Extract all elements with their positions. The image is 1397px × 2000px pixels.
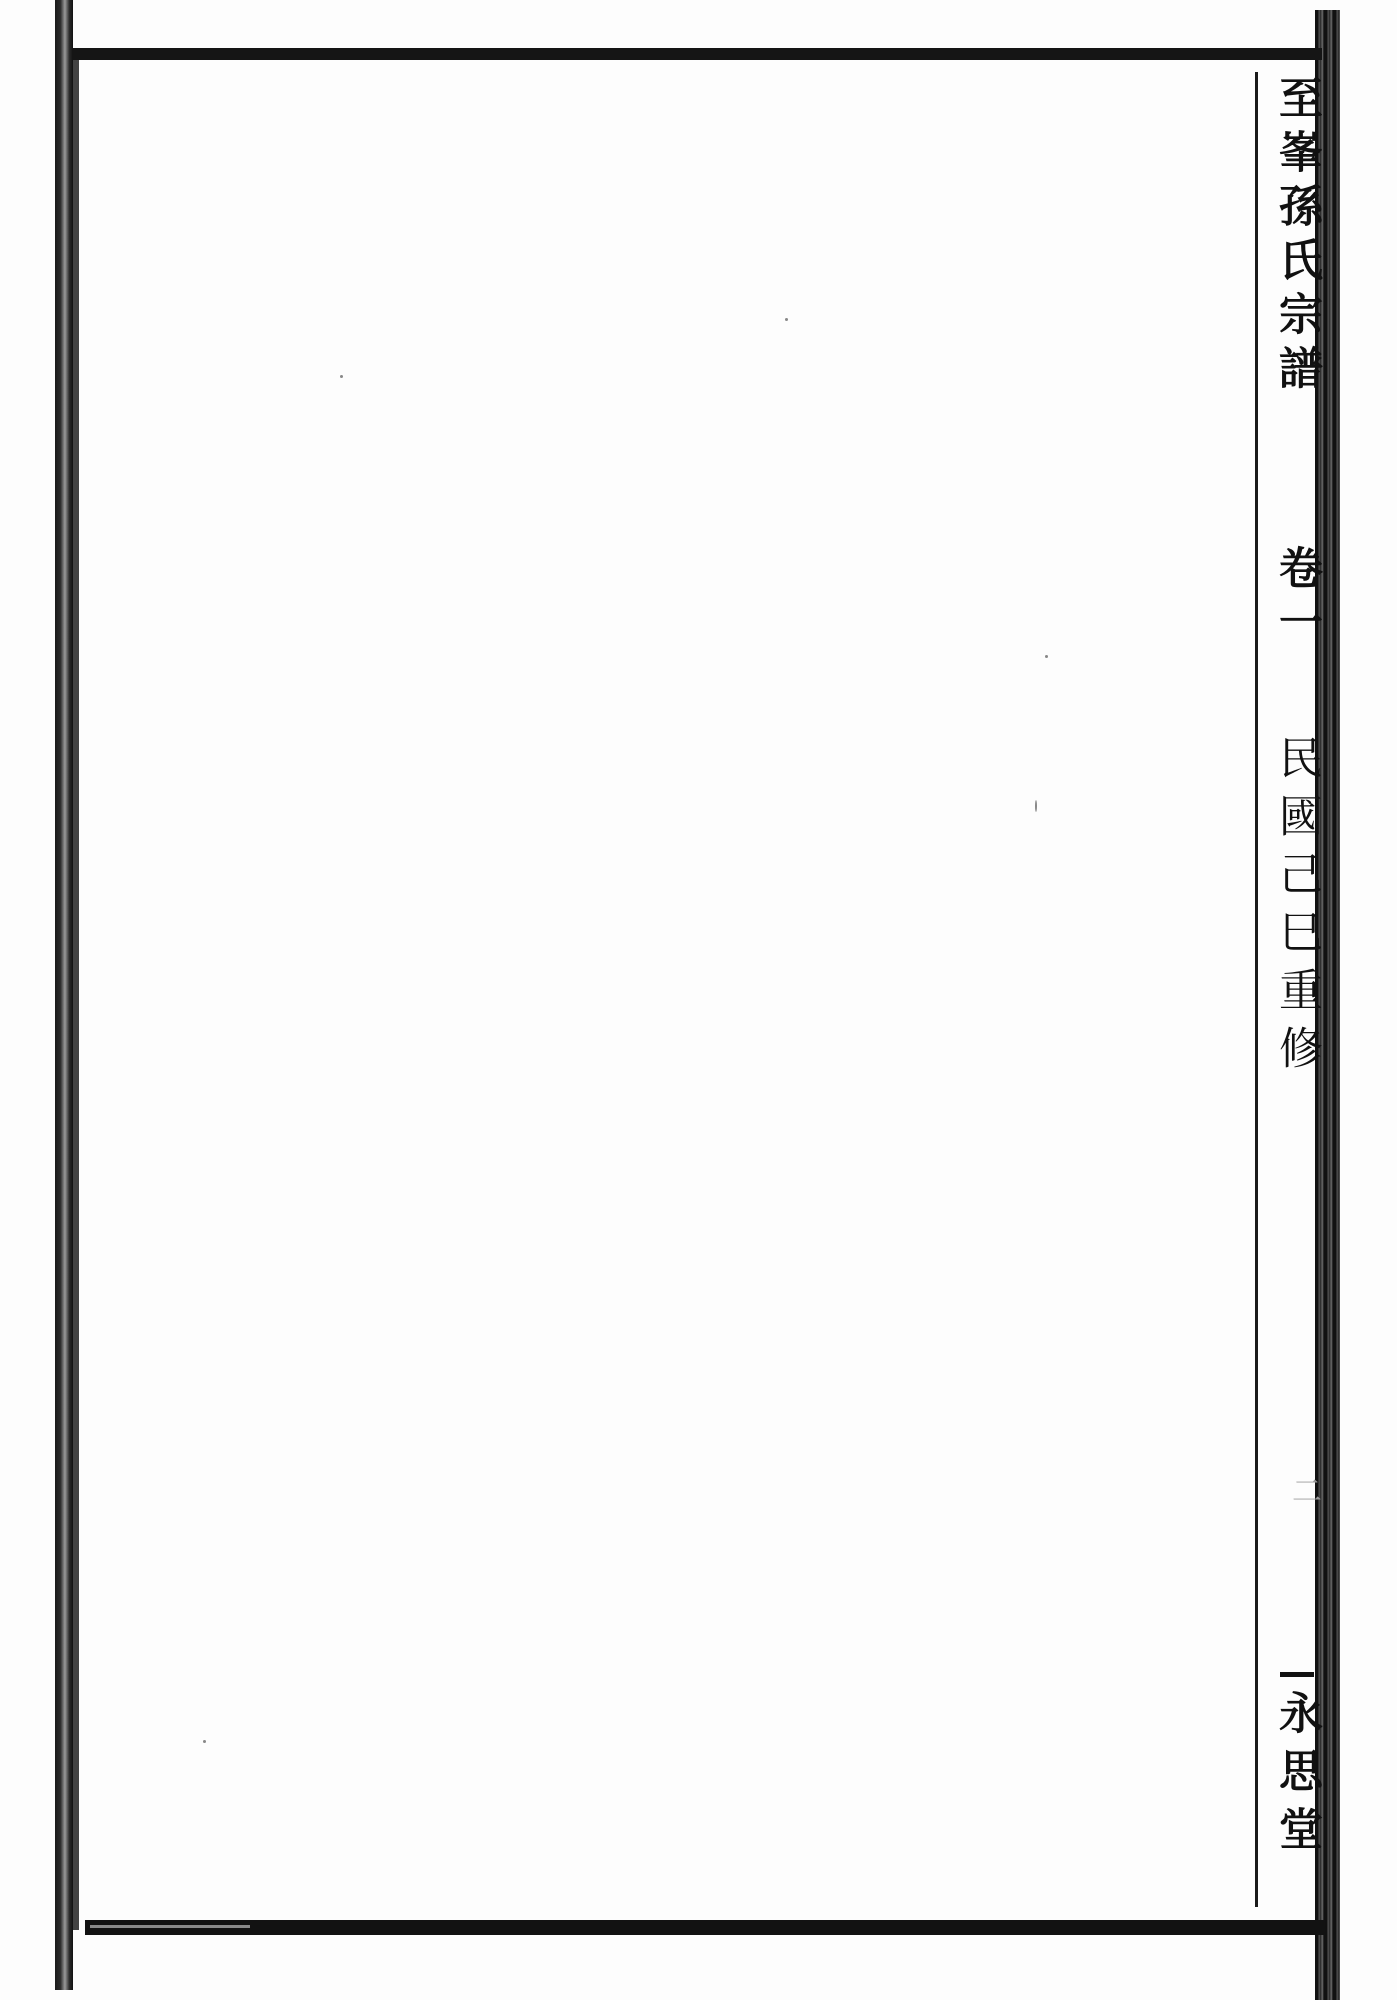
top-border <box>72 48 1322 60</box>
volume-label: 卷一 <box>1268 545 1318 653</box>
paper-speck <box>340 375 343 378</box>
bottom-border-wear <box>90 1925 250 1928</box>
margin-column-divider <box>1255 72 1258 1907</box>
hall-name: 永思堂 <box>1268 1690 1318 1864</box>
bottom-border <box>85 1920 1325 1935</box>
paper-speck <box>1035 800 1037 812</box>
paper-speck <box>203 1740 206 1743</box>
paper-speck <box>785 318 788 321</box>
page-number: 二 <box>1268 1475 1318 1515</box>
scanned-page: 至峯孫氏宗譜 卷一 民國己巳重修 二 永思堂 <box>0 0 1397 2000</box>
book-title: 至峯孫氏宗譜 <box>1268 75 1318 399</box>
left-binding-edge <box>55 0 73 1990</box>
edition-label: 民國己巳重修 <box>1268 735 1318 1083</box>
left-border-line <box>73 60 79 1930</box>
paper-speck <box>1045 655 1048 658</box>
section-rule <box>1280 1672 1314 1677</box>
